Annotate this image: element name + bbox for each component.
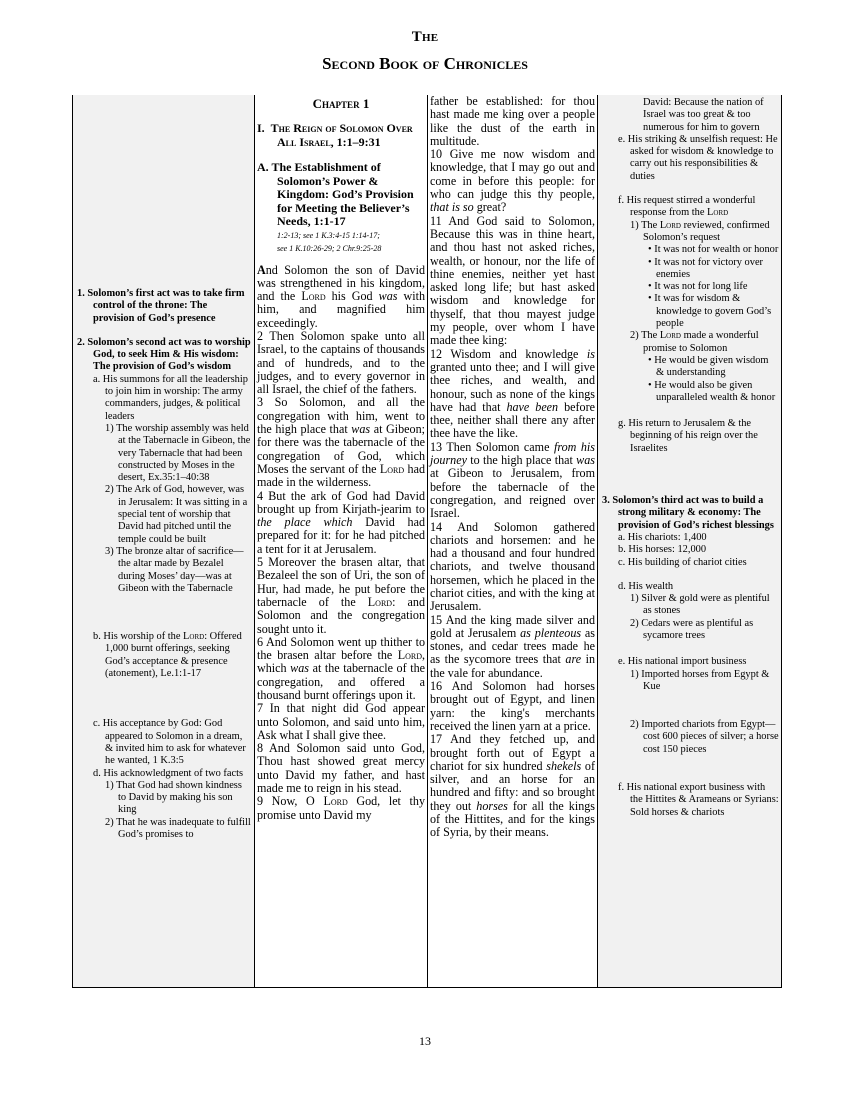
verse-1: And Solomon the son of David was strengt… <box>257 264 425 330</box>
verse-15: 15 And the king made silver and gold at … <box>430 614 595 680</box>
cross-references: 1:2-13; see 1 K.3:4-15 1:14-17;see 1 K.1… <box>257 229 425 256</box>
left-outline-column: 1. Solomon’s first act was to take firm … <box>72 95 255 988</box>
verse-7: 7 In that night did God appear unto Solo… <box>257 702 425 742</box>
outline-3d1: 1) Silver & gold were as plentiful as st… <box>602 593 779 618</box>
outline-3b: b. His horses: 12,000 <box>602 544 779 556</box>
outline-2a1: 1) The worship assembly was held at the … <box>77 423 251 484</box>
outline-3d: d. His wealth <box>602 581 779 593</box>
outline-2a: a. His summons for all the leadership to… <box>77 374 251 423</box>
outline-point-1: 1. Solomon’s first act was to take firm … <box>77 288 251 325</box>
outline-bullet: • He would also be given unparalleled we… <box>602 380 779 405</box>
outline-bullet: • It was for wisdom & knowledge to gover… <box>602 293 779 330</box>
outline-bullet: • It was not for wealth or honor <box>602 244 779 256</box>
outline-3f: f. His national export business with the… <box>602 782 779 819</box>
verse-10: 10 Give me now wisdom and knowledge, tha… <box>430 148 595 214</box>
outline-2d2: 2) That he was inadequate to fulfill God… <box>77 817 251 842</box>
section-heading: I. The Reign of Solomon Over All Israel,… <box>257 122 425 149</box>
outline-2d: d. His acknowledgment of two facts <box>77 768 251 780</box>
verse-3: 3 So Solomon, and all the congregation w… <box>257 396 425 489</box>
outline-3e1: 1) Imported horses from Egypt & Kue <box>602 669 779 694</box>
verse-8: 8 And Solomon said unto God, Thou hast s… <box>257 742 425 795</box>
outline-2a2: 2) The Ark of God, however, was in Jerus… <box>77 484 251 545</box>
verse-13: 13 Then Solomon came from his journey to… <box>430 441 595 521</box>
verse-2: 2 Then Solomon spake unto all Israel, to… <box>257 330 425 396</box>
verse-5: 5 Moreover the brasen altar, that Bezale… <box>257 556 425 636</box>
verse-14: 14 And Solomon gathered chariots and hor… <box>430 521 595 614</box>
chapter-heading: Chapter 1 <box>257 96 425 112</box>
outline-point-2: 2. Solomon’s second act was to worship G… <box>77 337 251 374</box>
outline-2d1: 1) That God had shown kindness to David … <box>77 780 251 817</box>
outline-3d2: 2) Cedars were as plentiful as sycamore … <box>602 618 779 643</box>
scripture-text-1: And Solomon the son of David was strengt… <box>257 264 425 822</box>
subsection-heading: A. The Establishment of Solomon’s Power … <box>257 161 425 229</box>
outline-2e: e. His striking & unselfish request: He … <box>602 134 779 183</box>
verse-17: 17 And they fetched up, and brought fort… <box>430 733 595 839</box>
page-number: 13 <box>0 1034 850 1049</box>
title-line-1: The <box>0 29 850 46</box>
verse-9: 9 Now, O Lord God, let thy promise unto … <box>257 795 425 822</box>
right-outline-column: David: Because the nation of Israel was … <box>598 95 782 988</box>
outline-2f2: 2) The Lord made a wonderful promise to … <box>602 330 779 355</box>
outline-3c: c. His building of chariot cities <box>602 557 779 569</box>
book-title: Second Book of Chronicles <box>0 54 850 74</box>
outline-bullet: • He would be given wisdom & understandi… <box>602 355 779 380</box>
outline-2f1: 1) The Lord reviewed, confirmed Solomon’… <box>602 220 779 245</box>
outline-2c: c. His acceptance by God: God appeared t… <box>77 718 251 767</box>
outline-2a3: 3) The bronze altar of sacrifice—the alt… <box>77 546 251 595</box>
scripture-column-1: Chapter 1 I. The Reign of Solomon Over A… <box>255 95 428 988</box>
outline-3e2: 2) Imported chariots from Egypt—cost 600… <box>602 719 779 756</box>
outline-3e: e. His national import business <box>602 656 779 668</box>
verse-4: 4 But the ark of God had David brought u… <box>257 490 425 556</box>
verse-9-continued: father be established: for thou hast mad… <box>430 95 595 148</box>
verse-12: 12 Wisdom and knowledge is granted unto … <box>430 348 595 441</box>
outline-2f: f. His request stirred a wonderful respo… <box>602 195 779 220</box>
verse-6: 6 And Solomon went up thither to the bra… <box>257 636 425 702</box>
verse-11: 11 And God said to Solomon, Because this… <box>430 215 595 348</box>
scripture-column-2: father be established: for thou hast mad… <box>428 95 598 988</box>
outline-bullet: • It was not for victory over enemies <box>602 257 779 282</box>
outline-2g: g. His return to Jerusalem & the beginni… <box>602 418 779 455</box>
outline-point-3: 3. Solomon’s third act was to build a st… <box>602 495 779 532</box>
outline-2b: b. His worship of the Lord: Offered 1,00… <box>77 631 251 680</box>
outline-2d2-continued: David: Because the nation of Israel was … <box>602 97 779 134</box>
verse-16: 16 And Solomon had horses brought out of… <box>430 680 595 733</box>
outline-3a: a. His chariots: 1,400 <box>602 532 779 544</box>
outline-bullet: • It was not for long life <box>602 281 779 293</box>
